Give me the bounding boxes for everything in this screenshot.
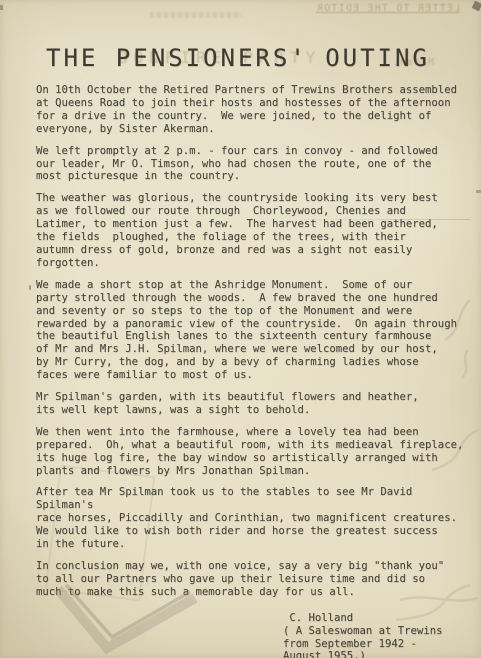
- ghost-reversed-header-text: LETTER TO THE EDITOR: [300, 3, 460, 14]
- paragraph: We then went into the farmhouse, where a…: [36, 426, 475, 478]
- ghost-text-smudge: [150, 12, 242, 18]
- paragraph: We made a short stop at the Ashridge Mon…: [36, 279, 475, 382]
- paragraph: In conclusion may we, with one voice, sa…: [36, 560, 475, 599]
- scan-speck: [0, 5, 3, 10]
- paragraph: After tea Mr Spilman took us to the stab…: [36, 486, 475, 551]
- paragraph: We left promptly at 2 p.m. - four cars i…: [36, 145, 475, 184]
- paragraph: Mr Spilman's garden, with its beautiful …: [36, 391, 475, 417]
- scan-speck: [472, 1, 481, 12]
- signature-block: C. Holland ( A Saleswoman at Trewins fro…: [36, 612, 475, 658]
- scan-speck: [476, 190, 481, 193]
- paragraph: On 10th October the Retired Partners of …: [36, 84, 475, 136]
- document-body: On 10th October the Retired Partners of …: [36, 84, 475, 658]
- ink-speck: [29, 285, 31, 290]
- page-title: THE PENSIONERS' OUTING: [46, 44, 466, 72]
- paragraph: The weather was glorious, the countrysid…: [36, 192, 475, 269]
- document-page: LETTER TO THE EDITOR BONFIRE PARTY Madam…: [0, 0, 481, 658]
